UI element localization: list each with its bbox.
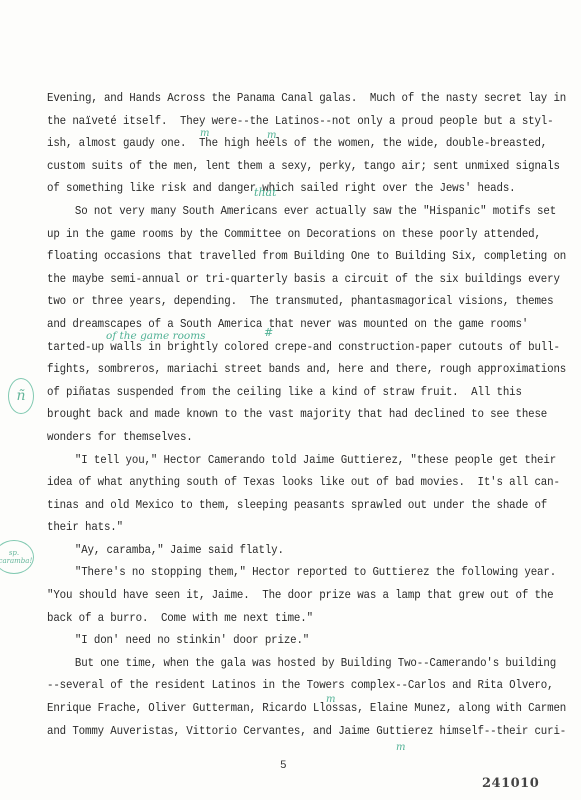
text-line: So not very many South Americans ever ac… (47, 201, 531, 224)
text-line: custom suits of the men, lent them a sex… (47, 156, 531, 179)
text-line: "I don' need no stinkin' door prize." (47, 630, 531, 653)
margin-note-tilde-n: ñ (8, 378, 34, 414)
text-line: up in the game rooms by the Committee on… (47, 224, 531, 247)
text-line: their hats." (47, 517, 531, 540)
text-line: back of a burro. Come with me next time.… (47, 608, 531, 631)
annotation-hash: # (264, 326, 273, 339)
annotation-em-dash-3: m (326, 694, 335, 705)
text-line: brought back and made known to the vast … (47, 404, 531, 427)
text-line: floating occasions that travelled from B… (47, 246, 531, 269)
annotation-em-dash-2: m (267, 130, 276, 141)
margin-note-tilde-n-text: ñ (16, 388, 25, 404)
page-number: 5 (280, 760, 287, 772)
annotation-em-dash-1: m (200, 128, 209, 139)
manuscript-body: Evening, and Hands Across the Panama Can… (47, 88, 567, 743)
text-line: Evening, and Hands Across the Panama Can… (47, 88, 531, 111)
text-line: the naïveté itself. They were--the Latin… (47, 111, 531, 134)
text-line: the maybe semi-annual or tri-quarterly b… (47, 269, 531, 292)
text-line: of piñatas suspended from the ceiling li… (47, 382, 531, 405)
margin-note-spanish: sp. ¡caramba! (0, 540, 34, 574)
text-line: "Ay, caramba," Jaime said flatly. (47, 540, 531, 563)
text-line: --several of the resident Latinos in the… (47, 675, 531, 698)
text-line: ish, almost gaudy one. The high heels of… (47, 133, 531, 156)
text-line: idea of what anything south of Texas loo… (47, 472, 531, 495)
annotation-of-the-game-rooms: of the game rooms (106, 330, 206, 342)
margin-note-spanish-text: sp. ¡caramba! (0, 549, 33, 565)
annotation-that: that (254, 186, 276, 199)
annotation-em-dash-4: m (396, 742, 405, 753)
text-line: wonders for themselves. (47, 427, 531, 450)
text-line: of something like risk and danger which … (47, 178, 531, 201)
text-line: and Tommy Auveristas, Vittorio Cervantes… (47, 721, 531, 744)
text-line: Enrique Frache, Oliver Gutterman, Ricard… (47, 698, 531, 721)
text-line: fights, sombreros, mariachi street bands… (47, 359, 531, 382)
text-line: "There's no stopping them," Hector repor… (47, 562, 531, 585)
bates-number: 241010 (482, 776, 539, 791)
text-line: "I tell you," Hector Camerando told Jaim… (47, 450, 531, 473)
text-line: "You should have seen it, Jaime. The doo… (47, 585, 531, 608)
text-line: But one time, when the gala was hosted b… (47, 653, 531, 676)
text-line: two or three years, depending. The trans… (47, 291, 531, 314)
text-line: tinas and old Mexico to them, sleeping p… (47, 495, 531, 518)
